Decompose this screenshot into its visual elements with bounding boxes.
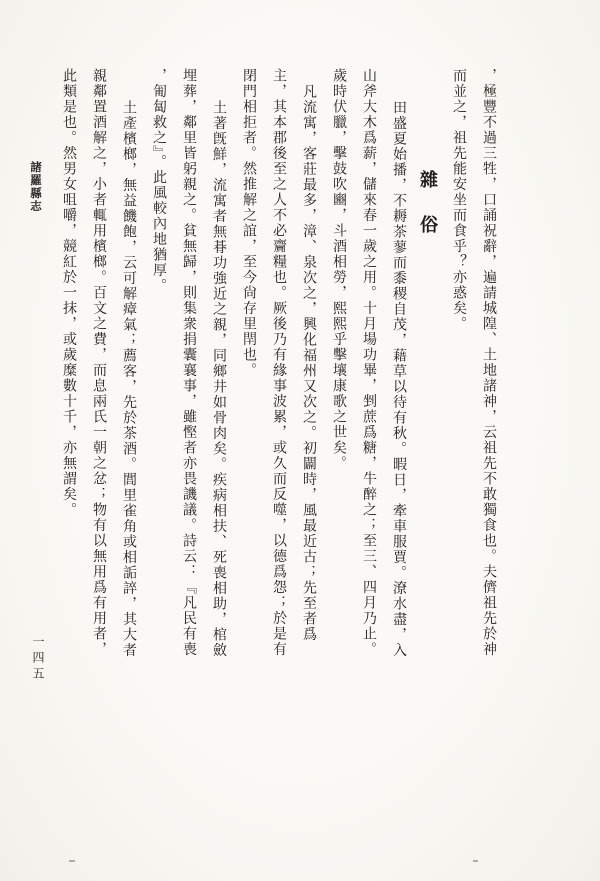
text-column-1: ，極豐不過三牲，口誦祝辭，遍請城隍、土地諸神，云祖先不敢獨食也。夫儕祖先於神	[473, 68, 503, 662]
text-column-14: 此類是也。然男女咀嚼，競紅於一抹，或歲糜數十千，亦無謂矣。	[53, 68, 83, 662]
text-column-10: 埋葬，鄰里皆躬親之。貧無歸，則集衆捐囊襄事，雖慳者亦畏譏議。詩云：『凡民有喪	[173, 68, 203, 662]
text-column-8: 閉門相拒者。然推解之誼，至今尙存里閈也。	[233, 68, 263, 662]
text-column-6: 凡流寓，客莊最多，漳、泉次之，興化福州又次之。初闢時，風最近古；先至者爲	[293, 68, 323, 662]
page-number: 一四五	[30, 635, 47, 683]
text-column-3: 田盛夏始播，不耨茶蓼而黍稷自茂，藉草以待有秋。暇日，牽車服賈。潦水盡，入	[383, 68, 413, 662]
text-column-9: 土著旣鮮，流寓者無朞功強近之親，同鄉井如骨肉矣。疾病相扶、死喪相助，棺斂	[203, 68, 233, 662]
text-column-11: ，匍匐救之』。此風較內地猶厚。	[143, 68, 173, 662]
scan-speck	[69, 860, 75, 862]
text-column-5: 歲時伏臘，擊鼓吹豳，斗酒相勞，熙熙乎擊壤康歌之世矣。	[323, 68, 353, 662]
running-title: 諸羅縣志	[27, 161, 43, 213]
section-heading: 雜俗	[413, 68, 443, 662]
text-column-13: 親鄰置酒解之，小者輒用檳榔。百文之費，而息兩氏一朝之忿；物有以無用爲有用者，	[83, 68, 113, 662]
body-text-block: ，極豐不過三牲，口誦祝辭，遍請城隍、土地諸神，云祖先不敢獨食也。夫儕祖先於神 而…	[53, 68, 503, 662]
text-column-4: 山斧大木爲薪，儲來春一歲之用。十月場功畢，剉蔗爲糖，牛醉之；至三、四月乃止。	[353, 68, 383, 662]
text-column-7: 主，其本郡後至之人不必齎糧也。厥後乃有緣事波累，或久而反噬，以德爲怨；於是有	[263, 68, 293, 662]
text-column-2: 而並之，祖先能安坐而食乎？亦惑矣。	[443, 68, 473, 662]
scan-speck	[473, 860, 478, 862]
scanned-page: 諸羅縣志 ，極豐不過三牲，口誦祝辭，遍請城隍、土地諸神，云祖先不敢獨食也。夫儕祖…	[0, 0, 600, 881]
text-column-12: 土產檳榔，無益饑飽，云可解瘴氣；薦客，先於茶酒。閭里雀角或相詬誶，其大者	[113, 68, 143, 662]
